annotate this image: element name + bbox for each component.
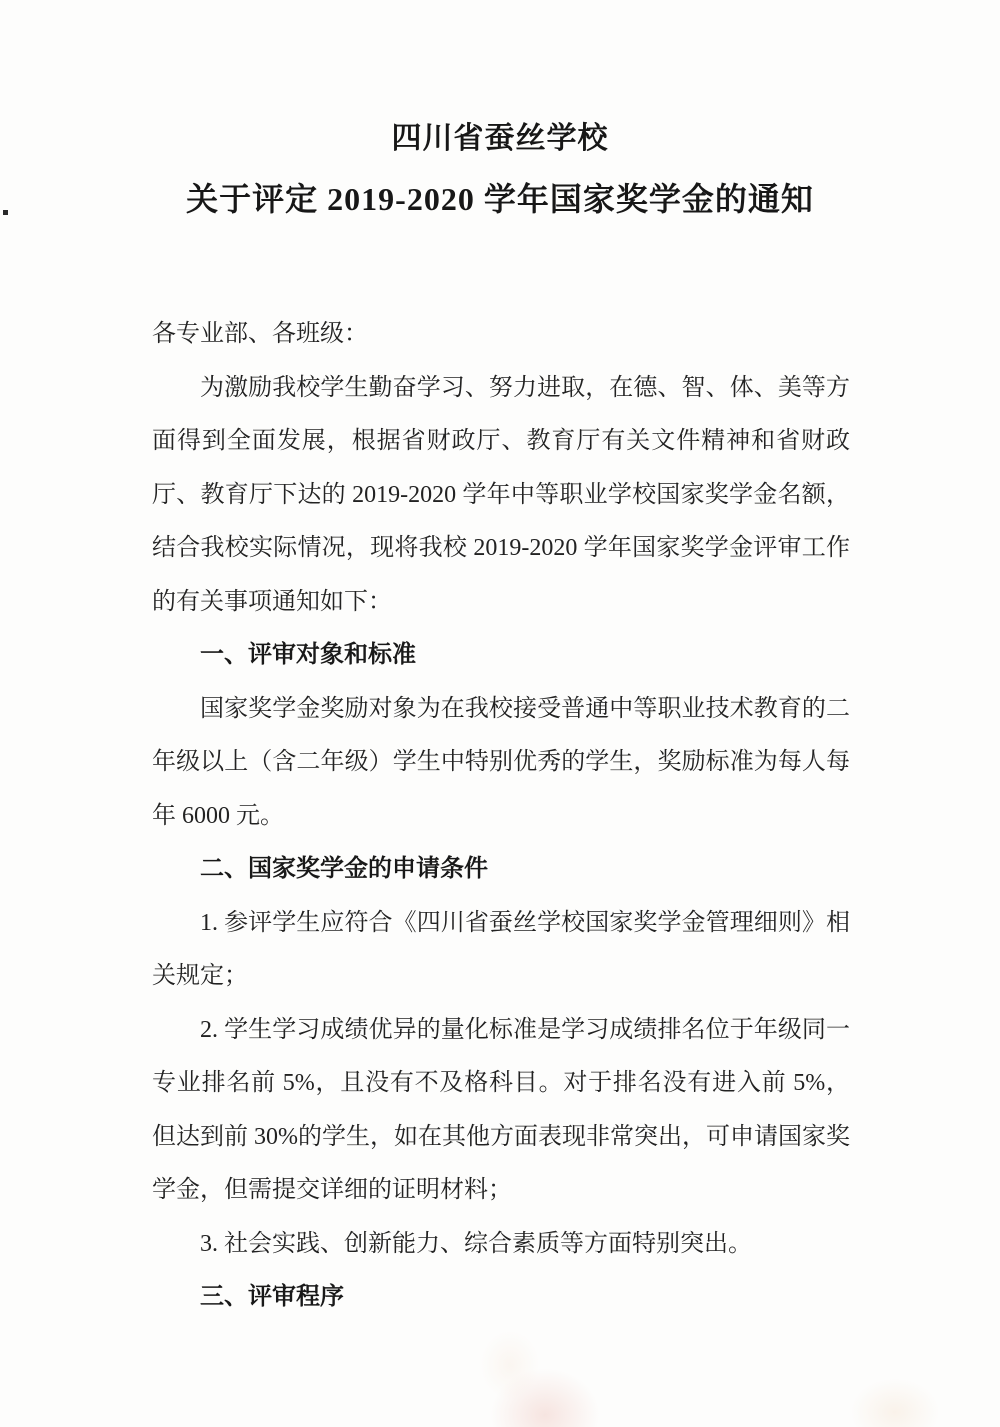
scan-speck xyxy=(3,210,8,215)
school-name-title: 四川省蚕丝学校 xyxy=(0,116,1000,162)
section-3-heading: 三、评审程序 xyxy=(152,1271,850,1325)
section-2-item-1: 1. 参评学生应符合《四川省蚕丝学校国家奖学金管理细则》相关规定； xyxy=(152,897,850,1004)
section-2-heading: 二、国家奖学金的申请条件 xyxy=(152,843,850,897)
section-2-item-3: 3. 社会实践、创新能力、综合素质等方面特别突出。 xyxy=(152,1218,850,1272)
scan-smudge xyxy=(850,1378,940,1427)
scan-smudge xyxy=(490,1368,600,1427)
notice-title: 关于评定 2019-2020 学年国家奖学金的通知 xyxy=(0,170,1000,228)
title-block: 四川省蚕丝学校 关于评定 2019-2020 学年国家奖学金的通知 xyxy=(0,0,1000,228)
section-2-item-2: 2. 学生学习成绩优异的量化标准是学习成绩排名位于年级同一专业排名前 5%，且没… xyxy=(152,1004,850,1218)
salutation: 各专业部、各班级： xyxy=(152,308,850,362)
intro-paragraph: 为激励我校学生勤奋学习、努力进取，在德、智、体、美等方面得到全面发展，根据省财政… xyxy=(152,362,850,630)
scanned-notice-page: 四川省蚕丝学校 关于评定 2019-2020 学年国家奖学金的通知 各专业部、各… xyxy=(0,0,1000,1427)
section-1-paragraph: 国家奖学金奖励对象为在我校接受普通中等职业技术教育的二年级以上（含二年级）学生中… xyxy=(152,683,850,844)
section-1-heading: 一、评审对象和标准 xyxy=(152,629,850,683)
scan-smudge xyxy=(480,1330,540,1400)
notice-body: 各专业部、各班级： 为激励我校学生勤奋学习、努力进取，在德、智、体、美等方面得到… xyxy=(152,308,850,1325)
